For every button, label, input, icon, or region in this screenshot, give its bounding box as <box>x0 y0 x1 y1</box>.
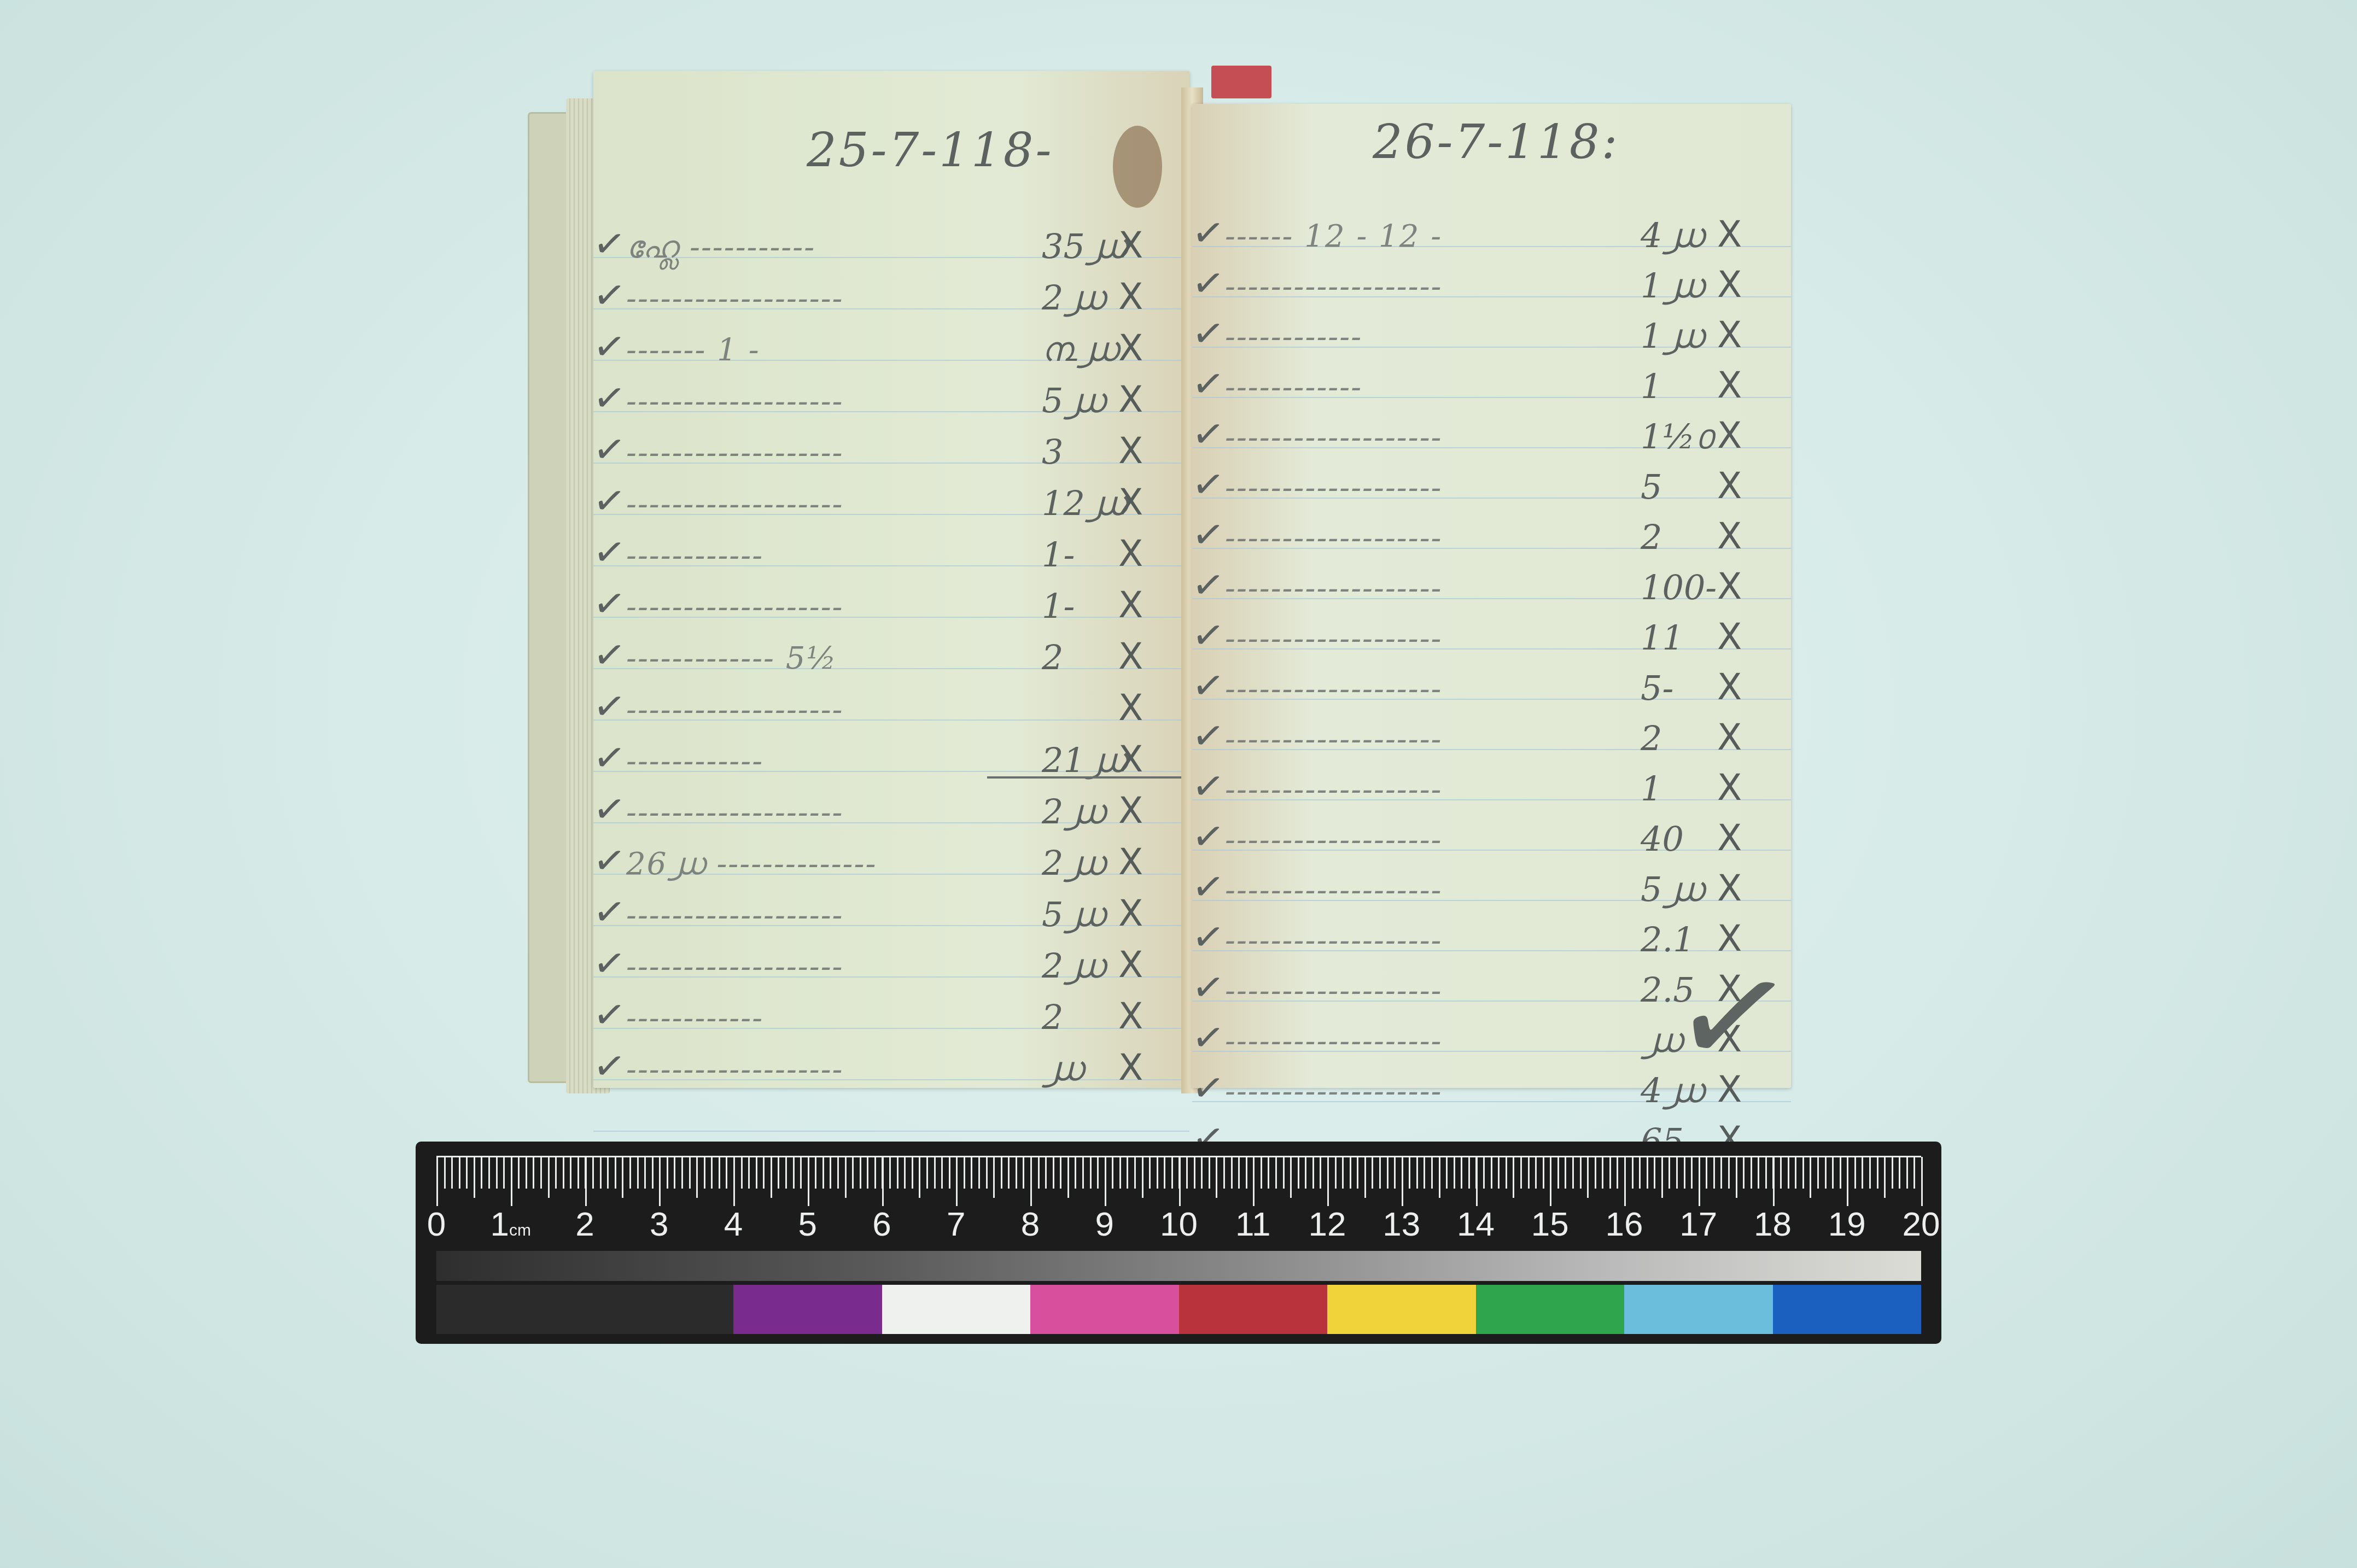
cross-mark-icon: X <box>1118 635 1143 677</box>
ruler-half-cm-tick <box>919 1157 920 1198</box>
entry-amount: 1൰ <box>1641 266 1703 306</box>
check-mark-icon: ✓ <box>1189 359 1227 408</box>
cross-mark-icon: X <box>1118 276 1143 318</box>
cross-mark-icon: X <box>1118 892 1143 934</box>
entry-amount: 2 <box>1042 637 1063 677</box>
cross-mark-icon: X <box>1118 841 1143 883</box>
check-mark-icon: ✓ <box>591 630 628 679</box>
ruler-label: 3 <box>650 1205 668 1244</box>
entry-handwriting: ------------------- <box>1225 822 1443 858</box>
check-mark-icon: ✓ <box>1189 862 1227 911</box>
color-swatch <box>733 1285 882 1334</box>
entry-amount: 5൰ <box>1641 869 1703 910</box>
cross-mark-icon: X <box>1118 789 1143 832</box>
cross-mark-icon: X <box>1717 767 1742 809</box>
entry-handwriting: ------------------- <box>1225 621 1443 657</box>
ruler-cm-tick <box>956 1157 958 1206</box>
entry-amount: 3 <box>1042 432 1063 472</box>
color-swatch <box>1327 1285 1476 1334</box>
ruler-half-cm-tick <box>1736 1157 1737 1198</box>
ruler-cm-tick <box>1773 1157 1775 1206</box>
ledger-entry: ✓------------------- 5൰X <box>593 887 1189 941</box>
entry-amount: 21൰ <box>1042 740 1127 781</box>
check-mark-icon: ✓ <box>1189 661 1227 710</box>
ruler-half-cm-tick <box>1810 1157 1811 1198</box>
check-mark-icon: ✓ <box>591 990 628 1039</box>
entry-handwriting: ------------ <box>1225 370 1362 405</box>
ledger-entry: ✓------------------- 40X <box>1192 811 1791 866</box>
ruler-cm-tick <box>1550 1157 1551 1206</box>
ledger-entry: ✓------------------- 2X <box>1192 510 1791 564</box>
ruler-label: 18 <box>1754 1205 1792 1244</box>
entry-handwriting: ------------------- <box>626 898 844 933</box>
cross-mark-icon: X <box>1118 327 1143 369</box>
check-mark-icon: ✓ <box>591 373 628 422</box>
entry-handwriting: ------- 1 - <box>626 332 760 368</box>
ruler-half-cm-tick <box>622 1157 623 1198</box>
ruler-number: 0 <box>427 1206 446 1243</box>
ruler-half-cm-tick <box>548 1157 550 1198</box>
entry-amount: ൩൰ <box>1042 329 1118 370</box>
ruler-half-cm-tick <box>474 1157 475 1198</box>
cross-mark-icon: X <box>1717 515 1742 557</box>
entry-handwriting: ------------------- <box>626 1052 844 1087</box>
entry-handwriting: ------------ <box>626 538 763 574</box>
entry-handwriting: ------------------- <box>1225 772 1443 808</box>
ledger-entry: ✓------------------- 2൰X <box>593 784 1189 839</box>
ruler-half-cm-tick <box>1067 1157 1069 1198</box>
entry-handwriting: ------------------- <box>626 281 844 317</box>
entry-amount: 2 <box>1641 517 1662 557</box>
ruler-unit: cm <box>509 1221 531 1239</box>
entry-amount: 35൰ <box>1042 226 1127 267</box>
ruler-number: 3 <box>650 1206 668 1243</box>
ruler-half-cm-tick <box>1439 1157 1440 1198</box>
ruler-number: 7 <box>947 1206 965 1243</box>
entry-amount: 2 <box>1042 997 1063 1037</box>
check-mark-icon: ✓ <box>591 785 628 833</box>
cross-mark-icon: X <box>1717 616 1742 658</box>
ruler-label: 7 <box>947 1205 965 1244</box>
cross-mark-icon: X <box>1717 213 1742 255</box>
ledger-entry: ✓------------------- 11X <box>1192 610 1791 665</box>
ruler-number: 2 <box>575 1206 594 1243</box>
entry-handwriting: ------ 12 - 12 - <box>1225 219 1442 254</box>
check-mark-icon: ✓ <box>1189 963 1227 1011</box>
red-ribbon-bookmark <box>1211 66 1271 98</box>
color-swatch <box>1773 1285 1922 1334</box>
check-mark-icon: ✓ <box>591 579 628 628</box>
ruler-cm-tick <box>585 1157 587 1206</box>
ledger-entry: ✓------------------- 5൰X <box>1192 862 1791 916</box>
entry-handwriting: ------------------- <box>626 692 844 728</box>
ruler-label: 13 <box>1382 1205 1420 1244</box>
check-mark-icon: ✓ <box>591 271 628 319</box>
ruler-label: 17 <box>1679 1205 1717 1244</box>
ruler-label: 19 <box>1828 1205 1866 1244</box>
entry-amount: 1- <box>1042 586 1075 626</box>
ruler-cm-tick <box>1476 1157 1478 1206</box>
ruler-number: 4 <box>724 1206 743 1243</box>
ruler-half-cm-tick <box>1661 1157 1663 1198</box>
ruler-label: 5 <box>798 1205 817 1244</box>
color-swatch <box>1030 1285 1179 1334</box>
entry-handwriting: ------------- 5½ <box>626 641 837 676</box>
entry-handwriting: ------------------- <box>1225 973 1443 1009</box>
check-mark-icon: ✓ <box>1189 812 1227 861</box>
entry-handwriting: ------------------- <box>1225 1023 1443 1059</box>
check-mark-icon: ✓ <box>591 887 628 936</box>
cross-mark-icon: X <box>1118 378 1143 420</box>
entry-handwriting: ------------------- <box>1225 671 1443 707</box>
entry-handwriting: ------------------- <box>1225 722 1443 757</box>
check-mark-icon: ✓ <box>591 528 628 576</box>
color-swatch <box>436 1285 585 1334</box>
ruler-half-cm-tick <box>1216 1157 1217 1198</box>
entry-amount: 1- <box>1042 535 1075 575</box>
check-mark-icon: ✓ <box>1189 208 1227 257</box>
left-page-date: 25-7-118- <box>807 123 1053 178</box>
color-swatch <box>585 1285 734 1334</box>
cross-mark-icon: X <box>1118 430 1143 472</box>
entry-amount: 40 <box>1641 819 1684 859</box>
entry-amount: 5 <box>1641 467 1662 507</box>
check-mark-icon: ✓ <box>1189 1013 1227 1062</box>
ledger-entry: ✓26൰ -------------- 2൰X <box>593 835 1189 890</box>
cross-mark-icon: X <box>1118 533 1143 575</box>
check-mark-icon: ✓ <box>1189 309 1227 358</box>
color-swatch <box>1624 1285 1773 1334</box>
ruler-half-cm-tick <box>1513 1157 1514 1198</box>
cross-mark-icon: X <box>1118 944 1143 986</box>
ruler-number: 5 <box>798 1206 817 1243</box>
ruler-number: 20 <box>1903 1206 1940 1243</box>
entry-amount: ൰ <box>1042 1049 1083 1089</box>
ruler-label: 8 <box>1021 1205 1040 1244</box>
ruler-number: 8 <box>1021 1206 1040 1243</box>
ledger-entry: ✓------------------- 100-X <box>1192 560 1791 615</box>
ruler-number: 18 <box>1754 1206 1792 1243</box>
cross-mark-icon: X <box>1717 817 1742 859</box>
ruler-cm-tick <box>1847 1157 1848 1206</box>
ruler-label: 10 <box>1160 1205 1198 1244</box>
ledger-entry: ✓------------ 1X <box>1192 359 1791 413</box>
entry-handwriting: ------------------- <box>1225 571 1443 606</box>
entry-amount: 5- <box>1641 668 1673 708</box>
ruled-line <box>593 1131 1189 1132</box>
ledger-entry: ✓------------------- 5-X <box>1192 660 1791 715</box>
entry-handwriting: ------------------- <box>1225 923 1443 958</box>
entry-handwriting: ------------------- <box>626 795 844 830</box>
color-calibration-swatches <box>436 1285 1921 1334</box>
ruler-number: 1 <box>491 1206 509 1243</box>
cross-mark-icon: X <box>1717 414 1742 457</box>
ruler-half-cm-tick <box>1364 1157 1366 1198</box>
ruler-label: 9 <box>1095 1205 1114 1244</box>
ledger-entry: ✓------------------- 12൰X <box>593 476 1189 530</box>
cross-mark-icon: X <box>1717 666 1742 708</box>
cross-mark-icon: X <box>1118 995 1143 1037</box>
entry-amount: 2 <box>1641 718 1662 758</box>
entry-handwriting: ------------------- <box>1225 269 1443 305</box>
ruler-label: 4 <box>724 1205 743 1244</box>
ruler-number: 9 <box>1095 1206 1114 1243</box>
ledger-entry: ✓------------------- 5൰X <box>593 373 1189 428</box>
ruler-number: 16 <box>1606 1206 1643 1243</box>
ruler-label: 20 <box>1903 1205 1940 1244</box>
entry-amount: 2൰ <box>1042 792 1105 832</box>
ruler-cm-tick <box>882 1157 884 1206</box>
entry-handwriting: ------------------- <box>1225 873 1443 908</box>
entry-amount: 2൰ <box>1042 946 1105 986</box>
entry-amount: 1 <box>1641 769 1662 809</box>
ruler-label: 14 <box>1457 1205 1495 1244</box>
ledger-entry: ✓------------ 1൰X <box>1192 308 1791 363</box>
cross-mark-icon: X <box>1717 716 1742 758</box>
ledger-entry: ✓------------------- 2X <box>1192 711 1791 765</box>
ruler-cm-tick <box>1105 1157 1106 1206</box>
entry-handwriting: ------------------- <box>626 487 844 522</box>
entry-handwriting: ------------------- <box>626 435 844 471</box>
ruler-cm-tick <box>1030 1157 1032 1206</box>
entry-handwriting: ------------------- <box>1225 470 1443 506</box>
ledger-entry: ✓------ 12 - 12 - 4൰X <box>1192 208 1791 262</box>
check-mark-icon: ✓ <box>1189 912 1227 961</box>
entry-handwriting: ------------------- <box>626 589 844 625</box>
ruler-cm-tick <box>808 1157 809 1206</box>
ruler-cm-tick <box>1327 1157 1329 1206</box>
check-mark-icon: ✓ <box>591 939 628 987</box>
ledger-entry: ✓------------------- X <box>593 681 1189 736</box>
entry-amount: 4൰ <box>1641 215 1703 256</box>
ledger-entry: ✓------------------- 5X <box>1192 459 1791 514</box>
entry-handwriting: ഹ്ലേ ----------- <box>626 230 815 266</box>
entry-amount: 12൰ <box>1042 483 1127 524</box>
ruler-half-cm-tick <box>771 1157 772 1198</box>
cross-mark-icon: X <box>1118 481 1143 523</box>
ruler-half-cm-tick <box>1884 1157 1886 1198</box>
ruler-number: 6 <box>872 1206 891 1243</box>
entry-amount: 1 <box>1641 366 1662 406</box>
ruler-half-cm-tick <box>1142 1157 1144 1198</box>
entry-handwriting: ------------ <box>1225 319 1362 355</box>
ruler-number: 11 <box>1235 1206 1270 1243</box>
check-mark-icon: ✓ <box>591 682 628 730</box>
ledger-entry: ✓------------ 21൰X <box>593 733 1189 787</box>
entry-amount: 11 <box>1641 618 1684 658</box>
entry-amount: 5൰ <box>1042 894 1105 935</box>
ruler-number: 10 <box>1160 1206 1198 1243</box>
ruler-half-cm-tick <box>845 1157 847 1198</box>
cross-mark-icon: X <box>1118 1046 1143 1089</box>
cross-mark-icon: X <box>1717 465 1742 507</box>
ruler-number: 13 <box>1382 1206 1420 1243</box>
ruler-number: 17 <box>1679 1206 1717 1243</box>
ruler-cm-tick <box>1253 1157 1255 1206</box>
ruler-number: 14 <box>1457 1206 1495 1243</box>
entry-amount: 2൰ <box>1042 278 1105 318</box>
ruler-cm-tick <box>659 1157 661 1206</box>
open-notebook: 25-7-118- ✓ഹ്ലേ ----------- 35൰X✓-------… <box>528 71 1813 1099</box>
ruler-number: 19 <box>1828 1206 1866 1243</box>
entry-handwriting: ------------------- <box>1225 1074 1443 1109</box>
ruler-cm-tick <box>733 1157 735 1206</box>
check-mark-icon: ✓ <box>591 733 628 782</box>
check-mark-icon: ✓ <box>1189 460 1227 508</box>
check-mark-icon: ✓ <box>1189 560 1227 609</box>
ruler-number: 12 <box>1309 1206 1346 1243</box>
entry-handwriting: 26൰ -------------- <box>626 846 877 882</box>
ledger-entry: ✓------------------- 1½൦X <box>1192 409 1791 464</box>
ruler-half-cm-tick <box>696 1157 698 1198</box>
ruler-label: 15 <box>1531 1205 1569 1244</box>
scale-ruler: 01cm234567891011121314151617181920 <box>416 1142 1941 1344</box>
ruler-cm-tick <box>1624 1157 1626 1206</box>
check-mark-icon: ✓ <box>1189 510 1227 559</box>
check-mark-icon: ✓ <box>591 425 628 473</box>
cross-mark-icon: X <box>1717 867 1742 909</box>
cross-mark-icon: X <box>1118 224 1143 266</box>
stain <box>1113 126 1162 208</box>
ruler-label: 1cm <box>491 1205 531 1244</box>
total-underline <box>987 776 1195 779</box>
check-mark-icon: ✓ <box>591 1042 628 1090</box>
check-mark-icon: ✓ <box>1189 1063 1227 1112</box>
ledger-entry: ✓------------------- 2൰X <box>593 938 1189 993</box>
ruler-cm-tick <box>1699 1157 1700 1206</box>
check-mark-icon: ✓ <box>591 836 628 885</box>
entry-handwriting: ------------ <box>626 1001 763 1036</box>
ruler-cm-tick <box>1921 1157 1923 1206</box>
check-mark-icon: ✓ <box>591 322 628 371</box>
ruler-cm-tick <box>436 1157 438 1206</box>
check-mark-icon: ✓ <box>1189 409 1227 458</box>
entry-amount: 100- <box>1641 567 1717 607</box>
check-mark-icon: ✓ <box>1189 762 1227 810</box>
ledger-entry: ✓------------------- 1-X <box>593 578 1189 633</box>
color-swatch <box>1476 1285 1625 1334</box>
ruler-number: 15 <box>1531 1206 1569 1243</box>
cross-mark-icon: X <box>1717 364 1742 406</box>
ruler-label: 12 <box>1309 1205 1346 1244</box>
grey-scale-bar <box>436 1251 1921 1281</box>
ruler-label: 0 <box>427 1205 446 1244</box>
cross-mark-icon: X <box>1118 584 1143 626</box>
ledger-entry: ✓------------------- 3X <box>593 424 1189 479</box>
ruler-label: 16 <box>1606 1205 1643 1244</box>
check-mark-icon: ✓ <box>591 219 628 268</box>
check-mark-icon: ✓ <box>1189 711 1227 760</box>
cross-mark-icon: X <box>1717 314 1742 356</box>
ruler-label: 2 <box>575 1205 594 1244</box>
check-mark-icon: ✓ <box>1189 259 1227 307</box>
ledger-entry: ✓ഹ്ലേ ----------- 35൰X <box>593 219 1189 273</box>
left-page: 25-7-118- ✓ഹ്ലേ ----------- 35൰X✓-------… <box>593 71 1189 1088</box>
entry-amount: 5൰ <box>1042 381 1105 421</box>
check-mark-icon: ✓ <box>591 476 628 525</box>
entry-handwriting: ------------ <box>626 744 763 779</box>
color-swatch <box>882 1285 1031 1334</box>
cross-mark-icon: X <box>1118 738 1143 780</box>
color-swatch <box>1179 1285 1328 1334</box>
right-page: 26-7-118: ✓------ 12 - 12 - 4൰X✓--------… <box>1192 104 1791 1088</box>
ledger-entry: ✓------------- 5½ 2X <box>593 630 1189 684</box>
entry-handwriting: ------------------- <box>626 384 844 419</box>
entry-amount: 2൰ <box>1042 843 1105 884</box>
ledger-entry: ✓------------ 2X <box>593 990 1189 1044</box>
ruler-cm-tick <box>511 1157 512 1206</box>
ruler-half-cm-tick <box>993 1157 995 1198</box>
entry-amount: 1½൦ <box>1641 417 1713 457</box>
ledger-entry: ✓------------------- 1X <box>1192 761 1791 816</box>
ruler-cm-tick <box>1179 1157 1181 1206</box>
ledger-entry: ✓------- 1 - ൩൰X <box>593 321 1189 376</box>
ledger-entry: ✓------------------- 1൰X <box>1192 258 1791 313</box>
check-mark-icon: ✓ <box>1189 611 1227 659</box>
ruler-label: 11 <box>1235 1205 1270 1244</box>
entry-handwriting: ------------------- <box>626 949 844 985</box>
ruler-half-cm-tick <box>1587 1157 1589 1198</box>
ruler-label: 6 <box>872 1205 891 1244</box>
ledger-entry: ✓------------ 1-X <box>593 527 1189 582</box>
cross-mark-icon: X <box>1717 565 1742 607</box>
entry-amount: 1൰ <box>1641 316 1703 356</box>
cross-mark-icon: X <box>1118 687 1143 729</box>
entry-handwriting: ------------------- <box>1225 520 1443 556</box>
cross-mark-icon: X <box>1717 264 1742 306</box>
right-page-date: 26-7-118: <box>1373 115 1619 169</box>
ledger-entry: ✓------------------- ൰X <box>593 1041 1189 1096</box>
ruler-half-cm-tick <box>1290 1157 1292 1198</box>
ledger-entry: ✓------------------- 2൰X <box>593 270 1189 325</box>
entry-handwriting: ------------------- <box>1225 420 1443 455</box>
ruler-cm-tick <box>1402 1157 1403 1206</box>
